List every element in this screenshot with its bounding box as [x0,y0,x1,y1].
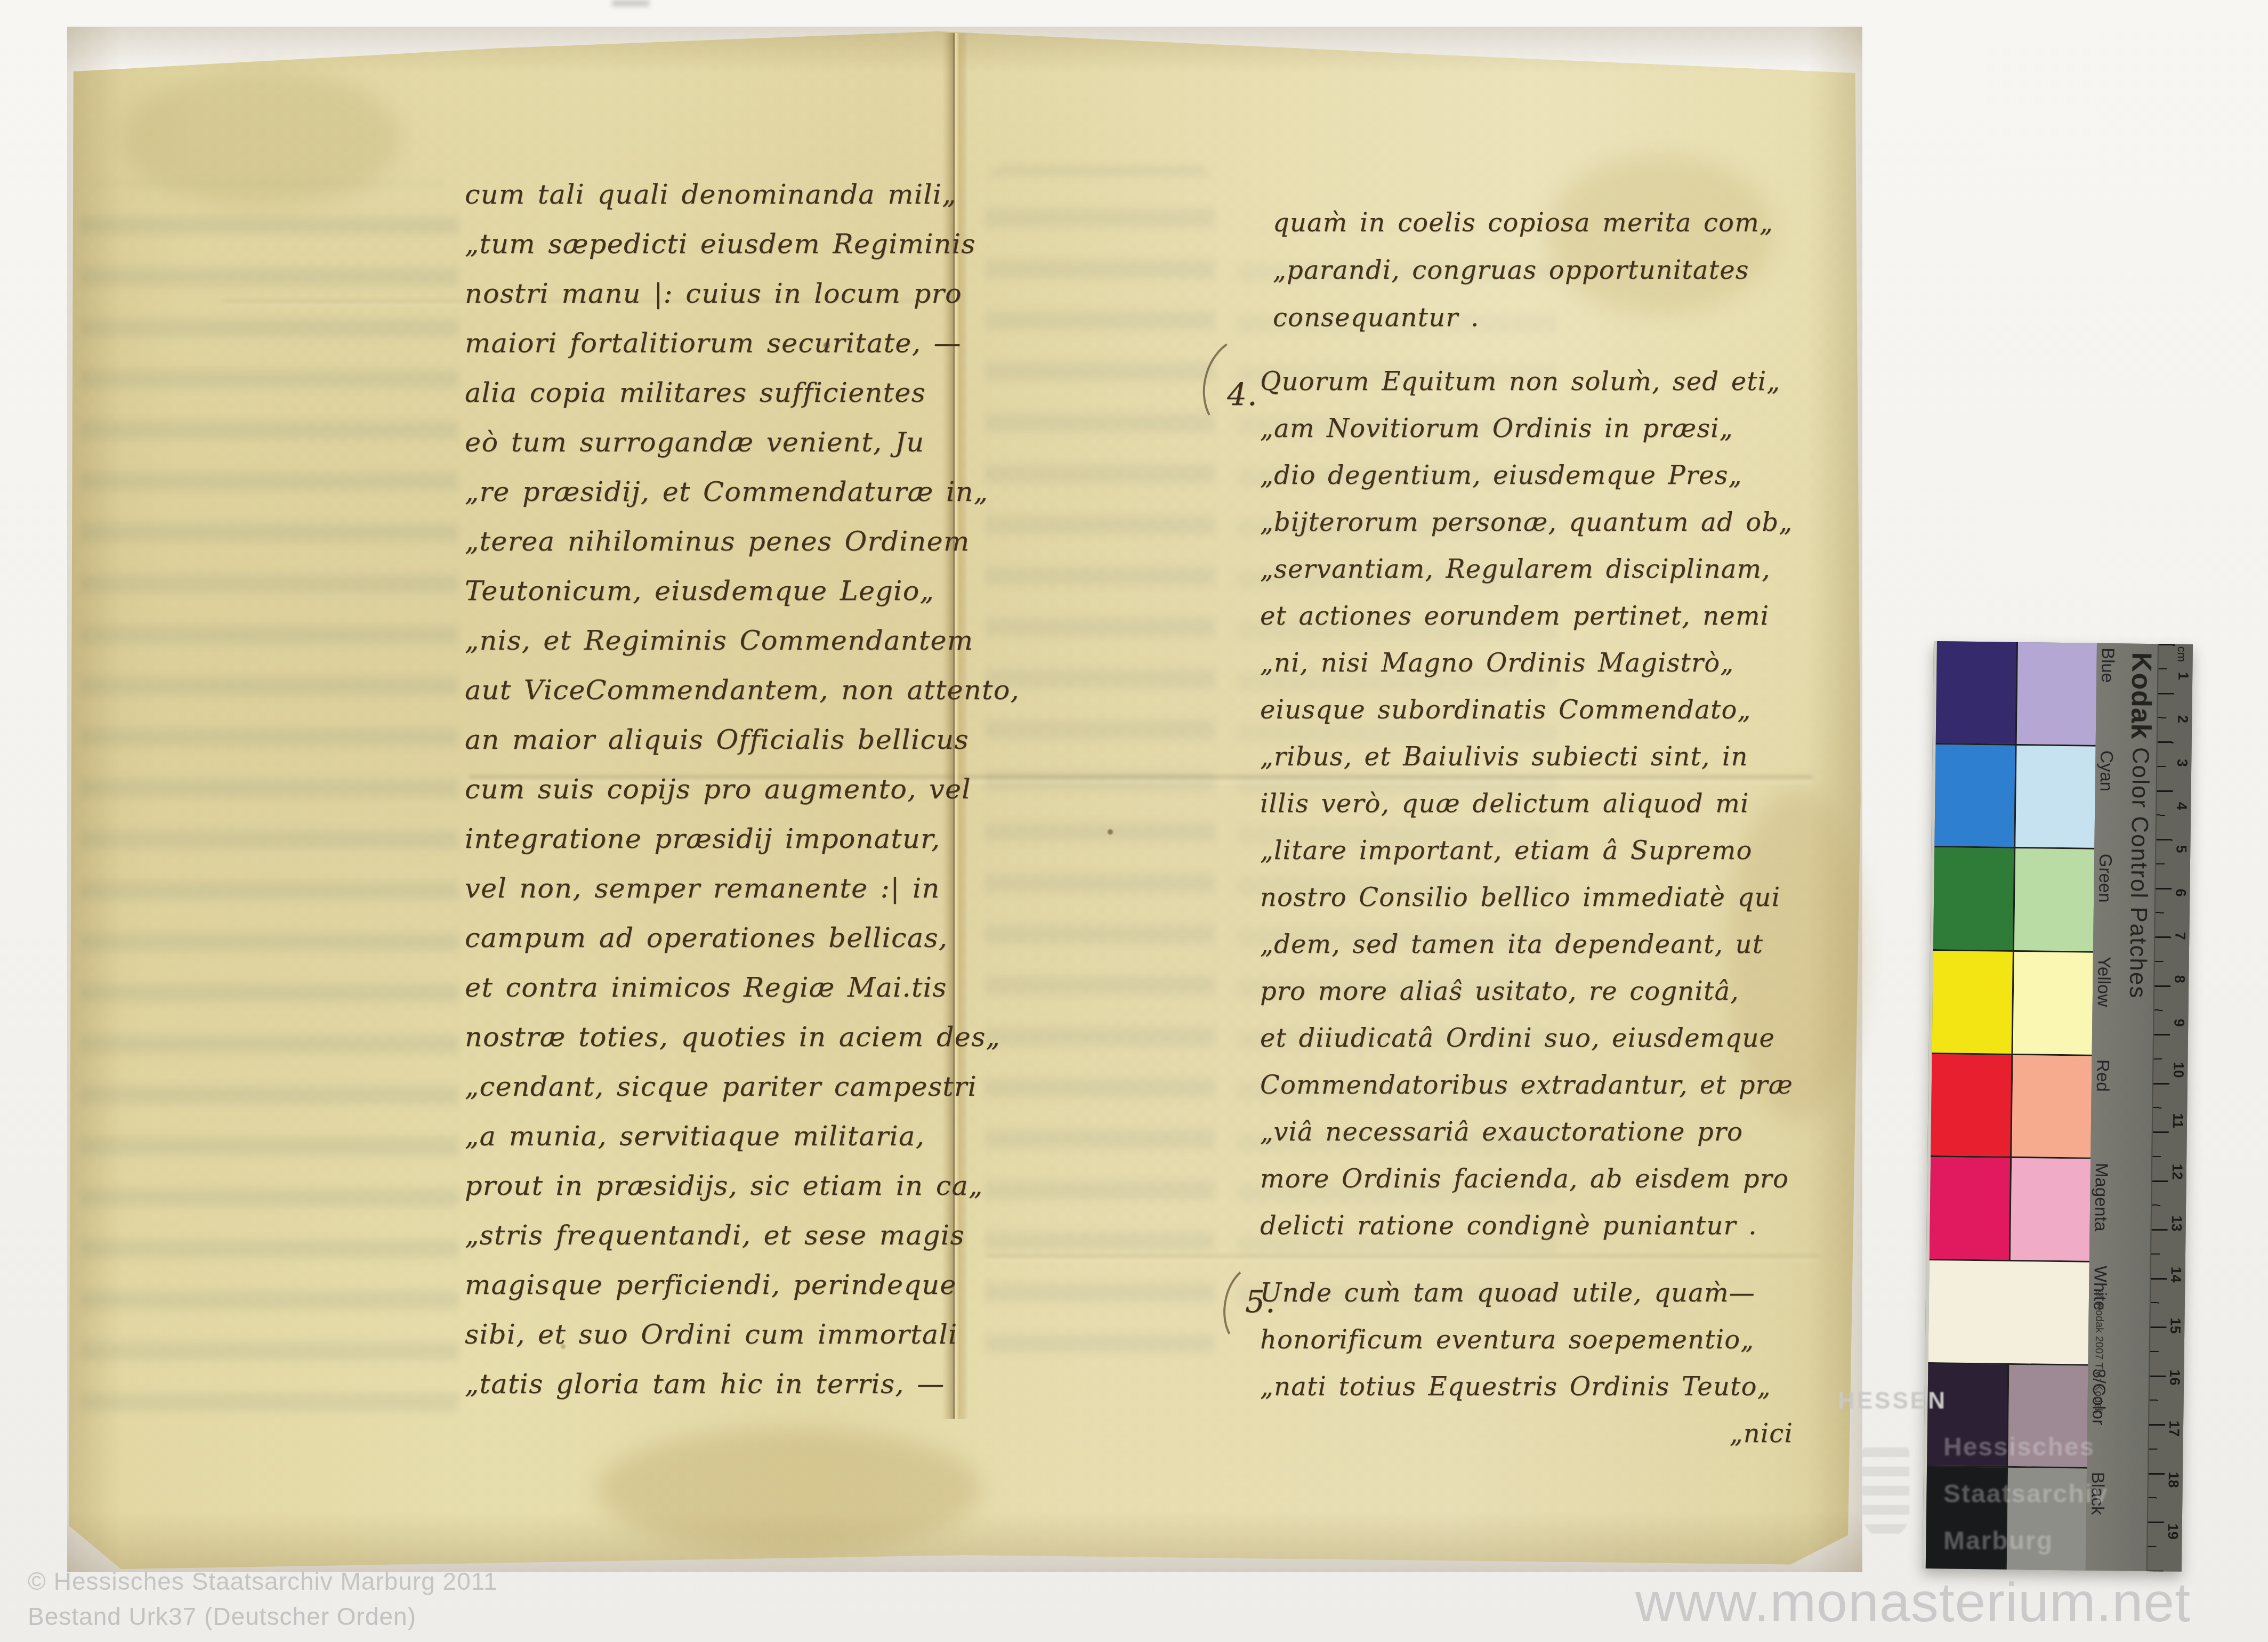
archive-copyright-watermark: © Hessisches Staatsarchiv Marburg 2011 [28,1567,498,1596]
manuscript-line: „dem, sed tamen ita dependeant, ut [1260,929,1830,976]
bleedthrough-left-margin [80,181,458,1428]
patch-label: Red [2092,1055,2117,1159]
manuscript-line: campum ad operationes bellicas, [465,923,976,972]
color-patch-saturated [1932,951,2014,1054]
manuscript-line: consequantur . [1273,303,1827,350]
manuscript-line: et diiudicatâ Ordini suo, eiusdemque [1260,1023,1830,1070]
bleedthrough-center [985,165,1214,1370]
color-patch-saturated [1928,1260,2089,1364]
color-patch-row [1928,1260,2089,1365]
ruler-number: 9 [2170,1018,2187,1026]
color-patch-saturated [1934,745,2016,847]
ruler-number: 15 [2167,1318,2183,1334]
manuscript-line: „servantiam, Regularem disciplinam, [1260,554,1830,601]
manuscript-line: aut ViceCommendantem, non attento, [465,675,976,724]
manuscript-line: „litare important, etiam â Supremo [1260,836,1830,883]
hessen-coat-of-arms [1862,1447,1909,1538]
patch-label: Cyan [2095,746,2121,850]
ruler-number: 6 [2172,888,2189,896]
hessen-archive-watermark: HessischesStaatsarchivMarburg [1943,1424,2183,1565]
manuscript-line: „terea nihilominus penes Ordinem [465,526,976,576]
manuscript-line: Unde cum̀ tam quoad utile, quam̀— [1260,1278,1830,1325]
manuscript-line: „bijterorum personæ, quantum ad ob„ [1260,507,1830,554]
patch-label: Yellow [2093,952,2119,1056]
manuscript-line: „ribus, et Baiulivis subiecti sint, in [1260,742,1830,789]
scan-stage: cum tali quali denominanda mili„„tum sæp… [0,0,2268,1642]
manuscript-line: „nati totius Equestris Ordinis Teuto„ [1260,1372,1830,1419]
color-patch-saturated [1936,641,2018,744]
paper-stain [597,1428,981,1551]
color-patch-pastel [2010,1158,2091,1260]
paper-stain [123,69,400,208]
manuscript-line: maiori fortalitiorum securitate, — [465,328,976,377]
color-patch-row [1933,847,2094,952]
manuscript-line: an maior aliquis Officialis bellicus [465,724,976,774]
manuscript-line: sibi, et suo Ordini cum immortali [465,1319,976,1369]
ruler-number: 2 [2174,715,2191,723]
right-text-intro: quam̀ in coelis copiosa merita com„„para… [1273,208,1827,350]
manuscript-line: „dio degentium, eiusdemque Pres„ [1260,460,1830,507]
left-text-column: cum tali quali denominanda mili„„tum sæp… [465,179,976,1418]
manuscript-line: prout in præsidijs, sic etiam in ca„ [465,1170,976,1220]
ruler-number: 11 [2169,1113,2186,1129]
manuscript-line: et actiones eorundem pertinet, nemi [1260,601,1830,648]
manuscript-line: „cendant, sicque pariter campestri [465,1071,976,1121]
ruler-number: 1 [2175,672,2191,680]
manuscript-line: „parandi, congruas opportunitates [1273,255,1827,303]
ruler-number: 7 [2172,932,2188,940]
manuscript-line: eiusque subordinatis Commendato„ [1260,695,1830,742]
kodak-brand: Kodak [2125,652,2157,740]
manuscript-line: „stris frequentandi, et sese magis [465,1220,976,1269]
color-patch-row [1932,951,2093,1056]
color-patch-saturated [1930,1157,2012,1260]
color-patch-pastel [2012,1055,2092,1158]
color-patch-row [1931,1054,2092,1159]
strip-title: Kodak Color Control Patches [2121,652,2158,999]
color-patch-pastel [2014,848,2094,951]
catchword: „nici [1260,1419,1857,1449]
strip-title-rest: Color Control Patches [2125,739,2154,999]
paragraph-number-4: 4. [1227,376,1258,412]
manuscript-line: pro more aliaŝ usitato, re cognitâ, [1260,976,1830,1023]
manuscript-line: vel non, semper remanente :| in [465,873,976,923]
manuscript-line: more Ordinis facienda, ab eisdem pro [1260,1164,1830,1211]
color-patch-row [1930,1157,2091,1262]
manuscript-line: „tatis gloria tam hic in terris, — [465,1369,976,1418]
ruler-number: 5 [2173,845,2189,853]
ruler-number: 8 [2171,975,2188,983]
manuscript-line: Quorum Equitum non solum̀, sed eti„ [1260,367,1830,414]
manuscript-line: „nis, et Regiminis Commendantem [465,625,976,675]
manuscript-line: eò tum surrogandæ venient, Ju [465,427,976,476]
manuscript-line: „a munia, servitiaque militaria, [465,1121,976,1170]
manuscript-line: nostræ toties, quoties in aciem des„ [465,1022,976,1071]
ruler-number: 12 [2169,1164,2185,1180]
manuscript-line: honorificum eventura soepementio„ [1260,1325,1830,1372]
right-text-section4: Quorum Equitum non solum̀, sed eti„„am N… [1260,367,1830,1258]
manuscript-line: et contra inimicos Regiæ Mai.tis [465,972,976,1022]
color-patch-pastel [2015,746,2096,848]
ruler-number: 4 [2173,802,2190,810]
manuscript-line: magisque perficiendi, perindeque [465,1269,976,1319]
color-patch-row [1934,745,2095,850]
manuscript-line: „ni, nisi Magno Ordinis Magistrò„ [1260,648,1830,695]
patch-label: Blue [2097,643,2122,747]
kodak-copyright: © Kodak 2007 TM: Kodak [2092,1288,2105,1414]
ruler-number: 3 [2174,758,2190,766]
manuscript-line: „tum sæpedicti eiusdem Regiminis [465,229,976,278]
manuscript-line: nostri manu |: cuius in locum pro [465,278,976,328]
patch-label: Magenta [2091,1158,2116,1261]
ruler-number: 13 [2168,1215,2185,1231]
hessen-watermark-line: Hessisches [1943,1424,2183,1471]
archive-fonds-watermark: Bestand Urk37 (Deutscher Orden) [28,1602,416,1631]
hessen-logo-wordmark: HESSEN [1838,1388,1947,1414]
ruler-number: 14 [2167,1267,2184,1283]
ink-speck [1108,829,1113,835]
color-patch-saturated [1931,1054,2013,1157]
manuscript-line: Teutonicum, eiusdemque Legio„ [465,576,976,625]
color-patch-row [1936,641,2097,746]
right-text-section5: Unde cum̀ tam quoad utile, quam̀—honorif… [1260,1278,1830,1419]
manuscript-line: nostro Consilio bellico immediatè qui [1260,883,1830,929]
ruler-number: 10 [2170,1062,2186,1078]
manuscript-line: delicti ratione condignè puniantur . [1260,1211,1830,1258]
hessen-watermark-line: Staatsarchiv [1943,1471,2183,1518]
manuscript-line: alia copia militares sufficientes [465,377,976,427]
color-patch-pastel [2016,642,2097,745]
manuscript-line: illis verò, quæ delictum aliquod mi [1260,789,1830,836]
manuscript-line: cum tali quali denominanda mili„ [465,179,976,229]
monasterium-watermark: www.monasterium.net [1635,1571,2191,1635]
scan-edge-artifact [612,0,649,6]
manuscript-line: „am Novitiorum Ordinis in præsi„ [1260,414,1830,460]
manuscript-line: „re præsidij, et Commendaturæ in„ [465,476,976,526]
ruler-number: 16 [2166,1369,2183,1385]
manuscript-line: cum suis copijs pro augmento, vel [465,774,976,823]
color-patch-saturated [1933,847,2015,950]
manuscript-line: Commendatoribus extradantur, et præ [1260,1070,1830,1117]
manuscript-line: integratione præsidij imponatur, [465,823,976,873]
manuscript-line: quam̀ in coelis copiosa merita com„ [1273,208,1827,255]
hessen-watermark-line: Marburg [1943,1518,2183,1565]
color-patch-pastel [2013,952,2093,1054]
patch-label: Green [2094,849,2120,952]
manuscript-line: „viâ necessariâ exauctoratione pro [1260,1117,1830,1164]
